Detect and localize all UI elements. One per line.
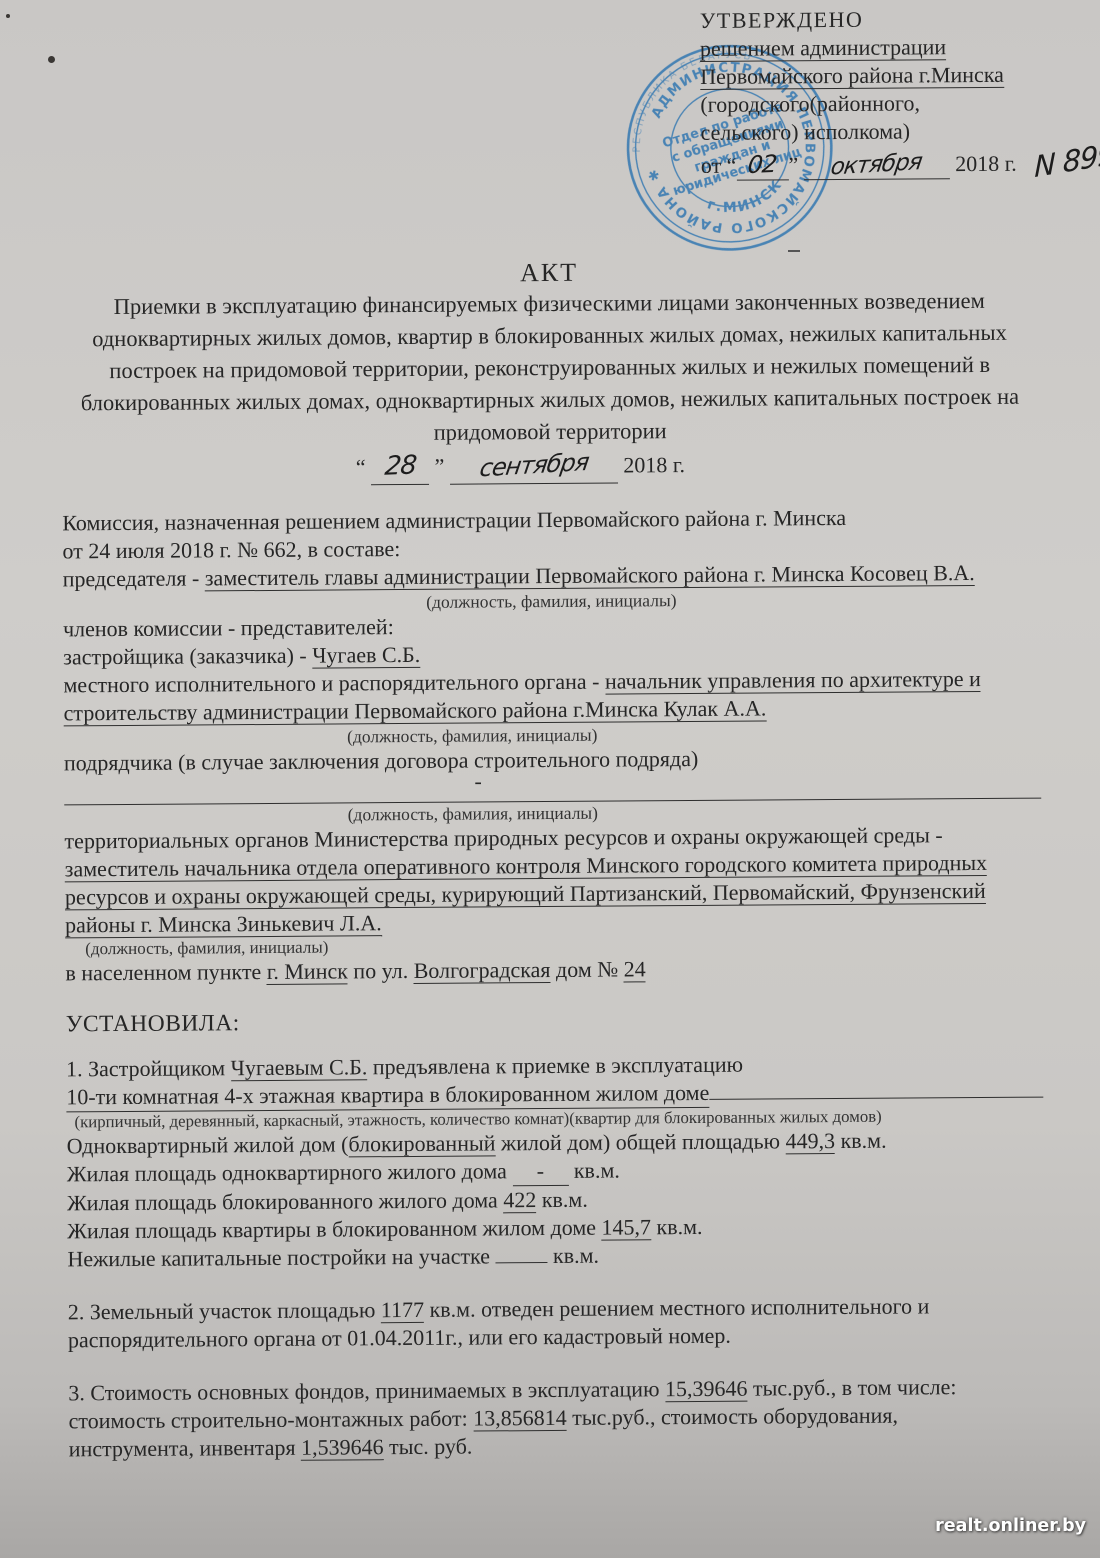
contractor-dash: - <box>474 767 482 795</box>
approval-from-label: от “ <box>701 153 737 178</box>
doc-month-handwritten: сентября <box>477 445 591 486</box>
established-heading: УСТАНОВИЛА: <box>66 1004 1043 1039</box>
developer-name: Чугаевым С.Б. <box>231 1054 368 1081</box>
site-watermark: realt.onliner.by <box>935 1516 1086 1536</box>
object-description: 10-ти комнатная 4-х этажная квартира в б… <box>66 1079 709 1112</box>
approval-number-handwritten: N 899 <box>1035 139 1100 181</box>
approval-line-2: Первомайского района г.Минска <box>700 60 1092 91</box>
blocked-house-area-value: 422 <box>503 1187 536 1213</box>
location-line: в населенном пункте г. Минск по ул. Волг… <box>65 953 1042 988</box>
scanned-document-page: РЕСПУБЛИКА БЕЛАРУСЬ АДМИНИСТРАЦИЯ ПЕРВОМ… <box>0 0 1100 1558</box>
total-cost-value: 15,39646 <box>665 1376 748 1403</box>
nonresidential-area-blank <box>496 1262 548 1263</box>
document-body: АКТ Приемки в эксплуатацию финансируемых… <box>60 255 1045 1464</box>
item3-line-3: инструмента, инвентаря 1,539646 тыс. руб… <box>69 1429 1046 1464</box>
doc-date-line: “ 28 ” сентября 2018 г. <box>2 445 1039 488</box>
open-quote: “ <box>356 454 366 479</box>
approval-close-quote: ” <box>788 152 798 177</box>
item2-line-2: распорядительного органа от 01.04.2011г.… <box>68 1320 1045 1355</box>
approval-day-handwritten: 02 <box>747 150 778 179</box>
land-area-value: 1177 <box>381 1297 424 1323</box>
approval-day-blank: 02 <box>736 150 788 180</box>
location-house-number: 24 <box>624 956 646 982</box>
blank-underline <box>709 1097 1043 1100</box>
item-3: 3. Стоимость основных фондов, принимаемы… <box>68 1373 1046 1464</box>
local-authority-value: начальник управления по архитектуре и <box>605 666 981 695</box>
total-area-value: 449,3 <box>785 1128 835 1154</box>
doc-month-blank: сентября <box>450 448 618 485</box>
approval-month-blank: октября <box>804 150 950 180</box>
location-street: Волгоградская <box>414 957 551 984</box>
doc-day-handwritten: 28 <box>383 448 417 483</box>
doc-subtitle-line: блокированных жилых домах, одноквартирны… <box>61 381 1038 420</box>
construction-cost-value: 13,856814 <box>473 1405 567 1432</box>
approval-block: УТВЕРЖДЕНО решением администрации Первом… <box>700 4 1093 181</box>
apartment-area-value: 145,7 <box>601 1214 651 1240</box>
approval-year: 2018 г. <box>955 151 1017 176</box>
doc-subtitle: Приемки в эксплуатацию финансируемых физ… <box>61 285 1039 452</box>
approval-date-line: от “02” октября 2018 г. N 899 <box>701 146 1093 181</box>
equipment-cost-value: 1,539646 <box>301 1434 384 1461</box>
chair-value: заместитель главы администрации Первомай… <box>205 560 975 591</box>
doc-year: 2018 г. <box>623 452 685 477</box>
document-content: РЕСПУБЛИКА БЕЛАРУСЬ АДМИНИСТРАЦИЯ ПЕРВОМ… <box>0 0 1100 1558</box>
item1-line-7: Нежилые капитальные постройки на участке… <box>67 1239 1044 1274</box>
single-house-area-blank: - <box>512 1157 568 1186</box>
item-1: 1. Застройщиком Чугаевым С.Б. предъявлен… <box>66 1049 1044 1274</box>
item-2: 2. Земельный участок площадью 1177 кв.м.… <box>68 1292 1045 1355</box>
approval-line-1: решением администрации <box>700 32 1092 63</box>
approval-line-4: сельского) исполкома) <box>700 116 1092 147</box>
close-quote: ” <box>435 454 445 479</box>
approval-title: УТВЕРЖДЕНО <box>700 4 1092 35</box>
developer-value: Чугаев С.Б. <box>312 642 420 669</box>
commission-section: Комиссия, назначенная решением администр… <box>62 503 1042 988</box>
doc-day-blank: 28 <box>371 449 429 485</box>
location-city: г. Минск <box>267 958 348 985</box>
approval-month-handwritten: октября <box>829 148 924 182</box>
approval-line-3: (городского(районного, <box>700 88 1092 119</box>
